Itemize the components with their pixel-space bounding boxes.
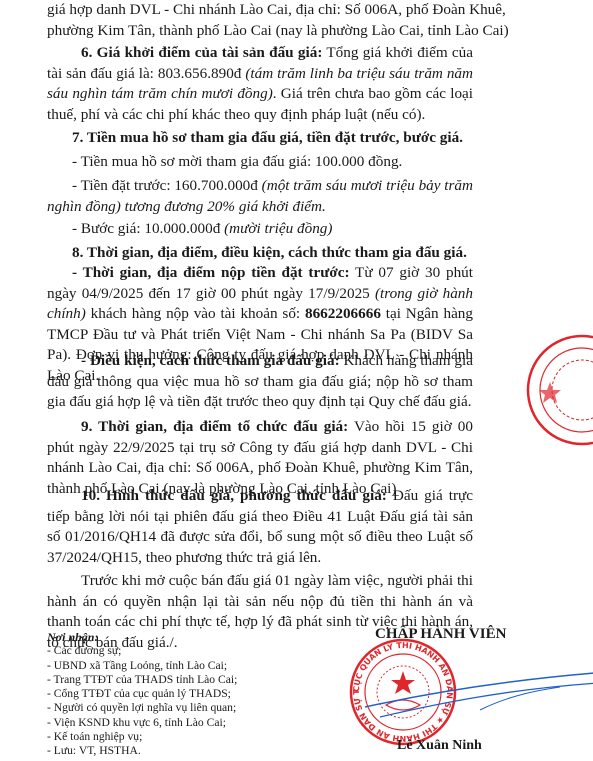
recipient-item: - Trang TTĐT của THADS tỉnh Lào Cai; bbox=[47, 673, 237, 687]
section-8-sub-1-heading: - Thời gian, địa điểm nộp tiền đặt trước… bbox=[72, 264, 350, 281]
section-6: 6. Giá khởi điểm của tài sản đấu giá: Tổ… bbox=[47, 43, 473, 125]
section-7-item-1: - Tiền mua hồ sơ mời tham gia đấu giá: 1… bbox=[47, 152, 473, 173]
recipients-block: Nơi nhận: - Các đương sự; - UBND xã Tầng… bbox=[47, 630, 237, 759]
deposit-text: - Tiền đặt trước: 160.700.000đ bbox=[72, 177, 262, 194]
account-number: 8662206666 bbox=[305, 305, 381, 322]
section-7-heading: 7. Tiền mua hồ sơ tham gia đấu giá, tiền… bbox=[47, 128, 473, 149]
intro-line: phường Kim Tân, thành phố Lào Cai (nay l… bbox=[47, 21, 473, 42]
sub-1-text-2: khách hàng nộp vào tài khoản số: bbox=[86, 305, 305, 322]
section-6-heading: 6. Giá khởi điểm của tài sản đấu giá: bbox=[81, 44, 322, 61]
recipient-item: - UBND xã Tầng Loỏng, tỉnh Lào Cai; bbox=[47, 659, 237, 673]
recipient-item: - Người có quyền lợi nghĩa vụ liên quan; bbox=[47, 701, 237, 715]
recipient-item: - Viện KSND khu vực 6, tỉnh Lào Cai; bbox=[47, 716, 237, 730]
section-10-heading: 10. Hình thức đấu giá, phương thức đấu g… bbox=[81, 487, 387, 504]
signature-icon bbox=[360, 665, 593, 725]
section-8-sub-2: - Điều kiện, cách thức tham gia đấu giá:… bbox=[47, 351, 473, 413]
recipients-title: Nơi nhận: bbox=[47, 630, 237, 644]
section-7-item-2: - Tiền đặt trước: 160.700.000đ (một trăm… bbox=[47, 176, 473, 217]
section-10: 10. Hình thức đấu giá, phương thức đấu g… bbox=[47, 486, 473, 568]
recipient-item: - Các đương sự; bbox=[47, 644, 237, 658]
signer-name: Lê Xuân Ninh bbox=[397, 738, 482, 754]
section-7-item-3: - Bước giá: 10.000.000đ (mười triệu đồng… bbox=[47, 219, 473, 240]
section-8-heading: 8. Thời gian, địa điểm, điều kiện, cách … bbox=[47, 243, 473, 264]
document-page: giá hợp danh DVL - Chi nhánh Lào Cai, đị… bbox=[0, 0, 593, 761]
recipient-item: - Cổng TTĐT của cục quản lý THADS; bbox=[47, 687, 237, 701]
step-text: - Bước giá: 10.000.000đ bbox=[72, 220, 224, 237]
partial-stamp-icon bbox=[520, 330, 593, 450]
intro-paragraph: giá hợp danh DVL - Chi nhánh Lào Cai, đị… bbox=[47, 0, 473, 41]
step-italic: (mười triệu đồng) bbox=[224, 220, 332, 237]
section-8-sub-2-heading: - Điều kiện, cách thức tham gia đấu giá: bbox=[81, 352, 340, 369]
recipient-item: - Lưu: VT, HSTHA. bbox=[47, 744, 237, 758]
section-9-heading: 9. Thời gian, địa điểm tổ chức đấu giá: bbox=[81, 418, 348, 435]
intro-line: giá hợp danh DVL - Chi nhánh Lào Cai, đị… bbox=[47, 0, 473, 21]
recipient-item: - Kế toán nghiệp vụ; bbox=[47, 730, 237, 744]
